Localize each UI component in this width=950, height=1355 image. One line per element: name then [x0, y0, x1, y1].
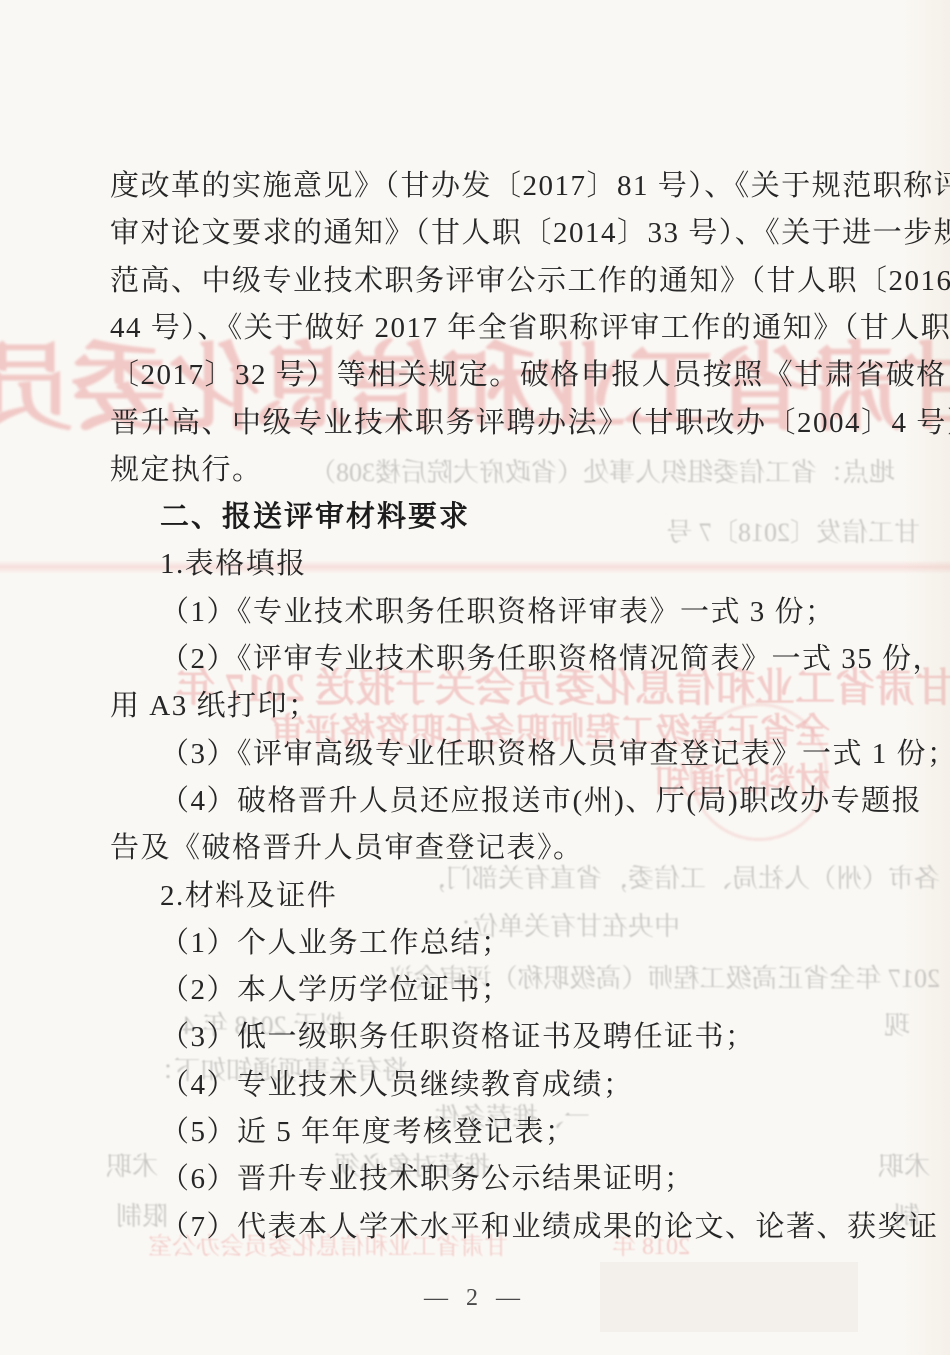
section-heading: 二、报送评审材料要求 [160, 494, 900, 535]
document-line: （1）《专业技术职务任职资格评审表》一式 3 份； [160, 589, 900, 630]
document-line: 范高、中级专业技术职务评审公示工作的通知》（甘人职〔2016〕 [110, 258, 850, 299]
document-line: 2.材料及证件 [160, 873, 900, 914]
document-line: 审对论文要求的通知》（甘人职〔2014〕33 号）、《关于进一步规 [110, 210, 850, 251]
document-line: 44 号）、《关于做好 2017 年全省职称评审工作的通知》（甘人职 [110, 305, 850, 346]
document-line: （1）个人业务工作总结； [160, 920, 900, 961]
bleed-fragment-left2: 限制 [98, 1196, 168, 1233]
document-line: 1.表格填报 [160, 541, 900, 582]
document-line: 告及《破格晋升人员审查登记表》。 [110, 825, 850, 866]
document-line: （2）本人学历学位证书； [160, 967, 900, 1008]
document-line: 晋升高、中级专业技术职务评聘办法》（甘职改办〔2004〕4 号） [110, 400, 850, 441]
document-line: （6）晋升专业技术职务公示结果证明； [160, 1156, 900, 1197]
document-line: （4）专业技术人员继续教育成绩； [160, 1062, 900, 1103]
document-line: （4）破格晋升人员还应报送市(州)、厅(局)职改办专题报 [160, 778, 900, 819]
document-line: 用 A3 纸打印； [110, 683, 850, 724]
document-line: （5）近 5 年年度考核登记表； [160, 1109, 900, 1150]
scan-edge-tint [902, 0, 950, 1355]
bleed-fragment-left1: 术职 [98, 1146, 158, 1183]
document-line: （2）《评审专业技术职务任职资格情况简表》一式 35 份， [160, 636, 900, 677]
document-line: （3）《评审高级专业任职资格人员审查登记表》一式 1 份； [160, 731, 900, 772]
document-line: 〔2017〕32 号）等相关规定。破格申报人员按照《甘肃省破格 [110, 352, 850, 393]
scanned-page: 甘肃省工业和信息化委员会文件 地点：省工信委组织人事处（省政府大院后楼308） … [0, 0, 950, 1355]
page-number: — 2 — [0, 1285, 950, 1312]
document-line: 度改革的实施意见》（甘办发〔2017〕81 号）、《关于规范职称评 [110, 163, 850, 204]
document-line: 规定执行。 [110, 447, 850, 488]
document-line: （3）低一级职务任职资格证书及聘任证书； [160, 1014, 900, 1055]
document-line: （7）代表本人学术水平和业绩成果的论文、论著、获奖证 [160, 1204, 900, 1245]
